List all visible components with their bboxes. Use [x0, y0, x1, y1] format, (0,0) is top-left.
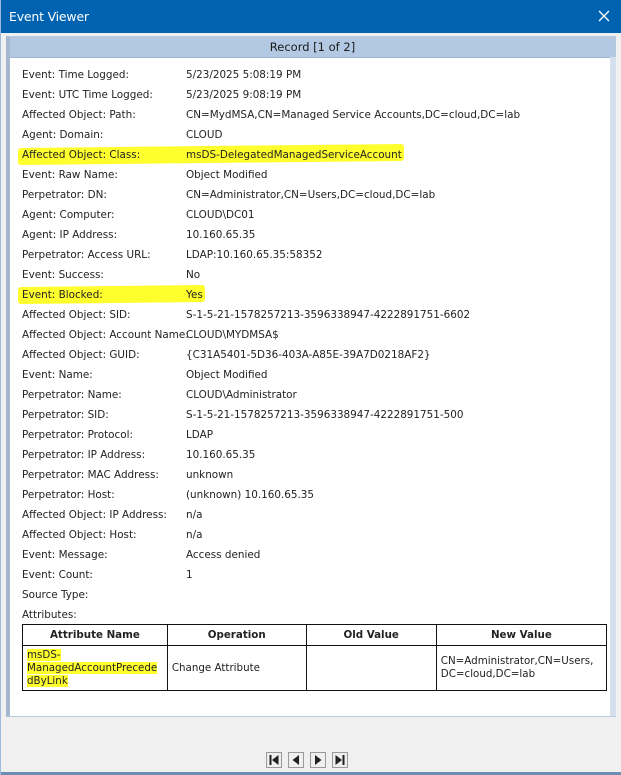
- field-value: LDAP:10.160.65.35:58352: [186, 249, 322, 261]
- record-fields: Event: Time Logged:5/23/2025 5:08:19 PME…: [18, 65, 598, 625]
- field-row: Affected Object: Path:CN=MydMSA,CN=Manag…: [18, 105, 598, 125]
- field-label: Perpetrator: Name:: [22, 389, 122, 401]
- field-value: LDAP: [186, 429, 213, 441]
- field-value: No: [186, 269, 200, 281]
- field-label: Event: Time Logged:: [22, 69, 129, 81]
- field-row: Perpetrator: Protocol:LDAP: [18, 425, 598, 445]
- window-title: Event Viewer: [9, 9, 89, 24]
- field-row: Affected Object: Host:n/a: [18, 525, 598, 545]
- field-value: unknown: [186, 469, 233, 481]
- record-header: Record [1 of 2]: [10, 37, 615, 58]
- field-label: Affected Object: Class:: [22, 149, 140, 161]
- close-button[interactable]: [594, 6, 614, 26]
- record-panel: Record [1 of 2] Event: Time Logged:5/23/…: [6, 36, 616, 717]
- field-row: Event: Name:Object Modified: [18, 365, 598, 385]
- field-label: Event: Success:: [22, 269, 104, 281]
- record-navigation: [266, 752, 348, 770]
- field-row: Event: Blocked:Yes: [18, 285, 598, 305]
- field-value: 5/23/2025 5:08:19 PM: [186, 69, 301, 81]
- panel-edge: [610, 57, 616, 716]
- next-icon: [312, 754, 324, 766]
- field-row: Attributes:: [18, 605, 598, 625]
- field-label: Event: Message:: [22, 549, 108, 561]
- field-label: Perpetrator: Access URL:: [22, 249, 151, 261]
- field-value: 10.160.65.35: [186, 449, 255, 461]
- field-row: Perpetrator: MAC Address:unknown: [18, 465, 598, 485]
- field-value: CLOUD\MYDMSA$: [186, 329, 279, 341]
- close-icon: [594, 6, 614, 26]
- field-value: {C31A5401-5D36-403A-A85E-39A7D0218AF2}: [186, 349, 431, 361]
- column-header: New Value: [436, 625, 606, 646]
- field-value: Object Modified: [186, 369, 267, 381]
- field-label: Perpetrator: IP Address:: [22, 449, 145, 461]
- field-label: Perpetrator: Protocol:: [22, 429, 133, 441]
- field-row: Source Type:: [18, 585, 598, 605]
- field-value: n/a: [186, 509, 202, 521]
- field-label: Event: Count:: [22, 569, 93, 581]
- field-label: Perpetrator: DN:: [22, 189, 107, 201]
- field-label: Affected Object: Host:: [22, 529, 137, 541]
- field-value: CN=MydMSA,CN=Managed Service Accounts,DC…: [186, 109, 520, 121]
- field-label: Agent: Computer:: [22, 209, 115, 221]
- field-label: Event: UTC Time Logged:: [22, 89, 153, 101]
- field-row: Affected Object: GUID:{C31A5401-5D36-403…: [18, 345, 598, 365]
- field-row: Perpetrator: IP Address:10.160.65.35: [18, 445, 598, 465]
- field-value: Access denied: [186, 549, 260, 561]
- field-label: Attributes:: [22, 609, 77, 621]
- field-row: Event: UTC Time Logged:5/23/2025 9:08:19…: [18, 85, 598, 105]
- field-label: Event: Blocked:: [22, 289, 103, 301]
- table-row: msDS-ManagedAccountPrecededByLinkChange …: [23, 646, 607, 691]
- field-row: Event: Raw Name:Object Modified: [18, 165, 598, 185]
- field-row: Agent: Computer:CLOUD\DC01: [18, 205, 598, 225]
- field-label: Affected Object: IP Address:: [22, 509, 167, 521]
- new-value-line: CN=Administrator,CN=Users,: [441, 655, 594, 667]
- field-label: Agent: Domain:: [22, 129, 103, 141]
- field-label: Perpetrator: SID:: [22, 409, 109, 421]
- next-record-button[interactable]: [310, 752, 326, 768]
- field-value: CN=Administrator,CN=Users,DC=cloud,DC=la…: [186, 189, 435, 201]
- old-value-cell: [306, 646, 436, 691]
- field-label: Event: Name:: [22, 369, 93, 381]
- field-value: n/a: [186, 529, 202, 541]
- title-bar: Event Viewer: [1, 0, 621, 33]
- event-viewer-window: Event Viewer Record [1 of 2] Event: Time…: [0, 0, 621, 775]
- field-row: Agent: Domain:CLOUD: [18, 125, 598, 145]
- attribute-name-cell: msDS-ManagedAccountPrecededByLink: [23, 646, 168, 691]
- field-label: Affected Object: GUID:: [22, 349, 140, 361]
- previous-icon: [290, 754, 302, 766]
- field-value: 5/23/2025 9:08:19 PM: [186, 89, 301, 101]
- field-row: Affected Object: SID:S-1-5-21-1578257213…: [18, 305, 598, 325]
- attribute-name-line: dByLink: [27, 675, 68, 687]
- field-value: CLOUD: [186, 129, 222, 141]
- field-value: msDS-DelegatedManagedServiceAccount: [186, 149, 402, 161]
- field-label: Agent: IP Address:: [22, 229, 117, 241]
- attribute-name-line: msDS-: [27, 649, 61, 661]
- previous-record-button[interactable]: [288, 752, 304, 768]
- field-row: Perpetrator: Name:CLOUD\Administrator: [18, 385, 598, 405]
- field-label: Perpetrator: MAC Address:: [22, 469, 159, 481]
- first-record-button[interactable]: [266, 752, 282, 768]
- field-row: Perpetrator: Host:(unknown) 10.160.65.35: [18, 485, 598, 505]
- attributes-table: Attribute NameOperationOld ValueNew Valu…: [22, 624, 607, 691]
- field-row: Event: Success:No: [18, 265, 598, 285]
- new-value-cell: CN=Administrator,CN=Users,DC=cloud,DC=la…: [436, 646, 606, 691]
- attribute-name-line: ManagedAccountPrecede: [27, 662, 157, 674]
- operation-cell: Change Attribute: [167, 646, 306, 691]
- attributes-table-header: Attribute NameOperationOld ValueNew Valu…: [23, 625, 607, 646]
- field-value: S-1-5-21-1578257213-3596338947-422289175…: [186, 409, 463, 421]
- new-value-line: DC=cloud,DC=lab: [441, 668, 535, 680]
- field-label: Affected Object: SID:: [22, 309, 131, 321]
- field-value: CLOUD\Administrator: [186, 389, 297, 401]
- last-record-button[interactable]: [332, 752, 348, 768]
- field-value: 10.160.65.35: [186, 229, 255, 241]
- column-header: Attribute Name: [23, 625, 168, 646]
- last-icon: [334, 754, 346, 766]
- field-label: Affected Object: Account Name:: [22, 329, 189, 341]
- field-row: Event: Count:1: [18, 565, 598, 585]
- field-row: Event: Time Logged:5/23/2025 5:08:19 PM: [18, 65, 598, 85]
- column-header: Old Value: [306, 625, 436, 646]
- field-value: Yes: [186, 289, 203, 301]
- field-value: Object Modified: [186, 169, 267, 181]
- field-label: Affected Object: Path:: [22, 109, 136, 121]
- field-row: Affected Object: Account Name:CLOUD\MYDM…: [18, 325, 598, 345]
- field-label: Perpetrator: Host:: [22, 489, 115, 501]
- field-row: Affected Object: IP Address:n/a: [18, 505, 598, 525]
- field-value: 1: [186, 569, 193, 581]
- field-value: (unknown) 10.160.65.35: [186, 489, 314, 501]
- field-label: Source Type:: [22, 589, 88, 601]
- field-label: Event: Raw Name:: [22, 169, 118, 181]
- first-icon: [268, 754, 280, 766]
- field-row: Event: Message:Access denied: [18, 545, 598, 565]
- field-row: Perpetrator: SID:S-1-5-21-1578257213-359…: [18, 405, 598, 425]
- field-row: Agent: IP Address:10.160.65.35: [18, 225, 598, 245]
- field-row: Affected Object: Class:msDS-DelegatedMan…: [18, 145, 598, 165]
- field-row: Perpetrator: DN:CN=Administrator,CN=User…: [18, 185, 598, 205]
- field-row: Perpetrator: Access URL:LDAP:10.160.65.3…: [18, 245, 598, 265]
- field-value: CLOUD\DC01: [186, 209, 254, 221]
- field-value: S-1-5-21-1578257213-3596338947-422289175…: [186, 309, 470, 321]
- column-header: Operation: [167, 625, 306, 646]
